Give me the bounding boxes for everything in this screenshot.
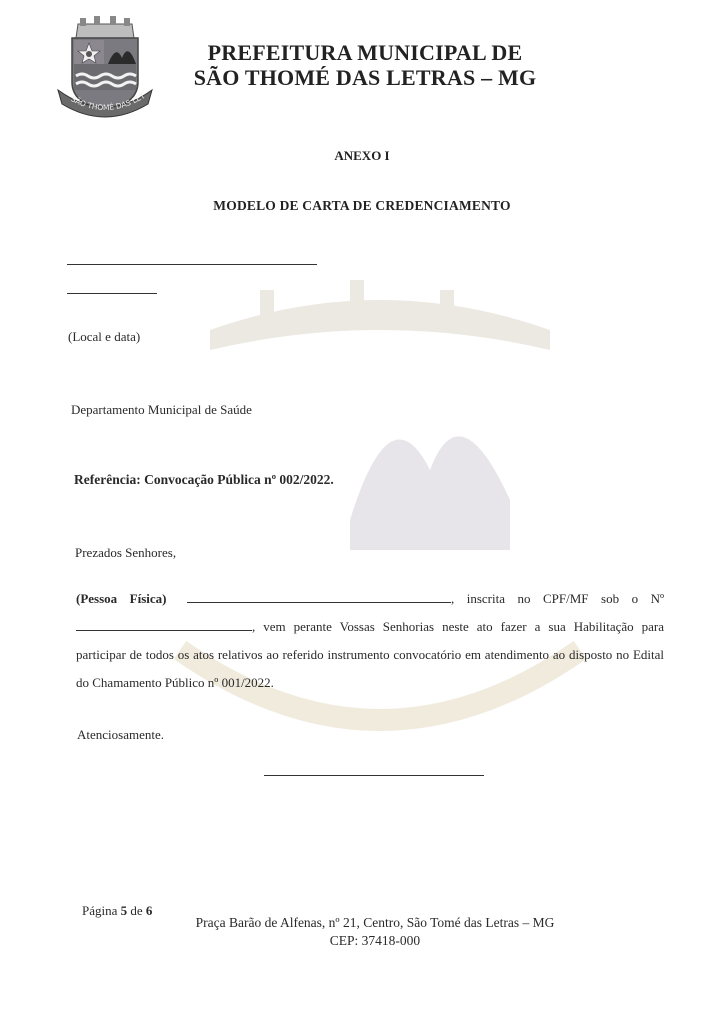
cpf-blank	[76, 616, 252, 631]
body-paragraph: (Pessoa Física) , inscrita no CPF/MF sob…	[76, 585, 664, 697]
footer-cep: CEP: 37418-000	[160, 932, 590, 950]
page-sep: de	[127, 903, 146, 918]
crest-watermark	[150, 270, 610, 790]
reference: Referência: Convocação Pública nº 002/20…	[74, 472, 334, 488]
annex-heading: ANEXO I	[0, 148, 724, 164]
place-blank-line	[67, 264, 317, 265]
institution-title-line1: PREFEITURA MUNICIPAL DE	[180, 40, 550, 65]
page-prefix: Página	[82, 903, 121, 918]
page-total: 6	[146, 903, 153, 918]
footer-address-block: Praça Barão de Alfenas, nº 21, Centro, S…	[160, 914, 590, 950]
person-type: (Pessoa Física)	[76, 591, 166, 606]
cpf-text: , inscrita no CPF/MF sob o Nº	[451, 591, 664, 606]
municipal-crest-icon: SÃO THOMÉ DAS LETRAS	[52, 12, 158, 122]
recipient: Departamento Municipal de Saúde	[71, 402, 252, 418]
closing: Atenciosamente.	[77, 727, 164, 743]
page-number: Página 5 de 6	[82, 903, 152, 919]
name-blank	[187, 588, 451, 603]
salutation: Prezados Senhores,	[75, 545, 176, 561]
institution-title-line2: SÃO THOMÉ DAS LETRAS – MG	[180, 65, 550, 90]
place-date-label: (Local e data)	[68, 329, 140, 345]
document-title: MODELO DE CARTA DE CREDENCIAMENTO	[0, 198, 724, 214]
date-blank-line	[67, 293, 157, 294]
footer-address: Praça Barão de Alfenas, nº 21, Centro, S…	[160, 914, 590, 932]
institution-title: PREFEITURA MUNICIPAL DE SÃO THOMÉ DAS LE…	[180, 40, 550, 90]
signature-line	[264, 775, 484, 776]
